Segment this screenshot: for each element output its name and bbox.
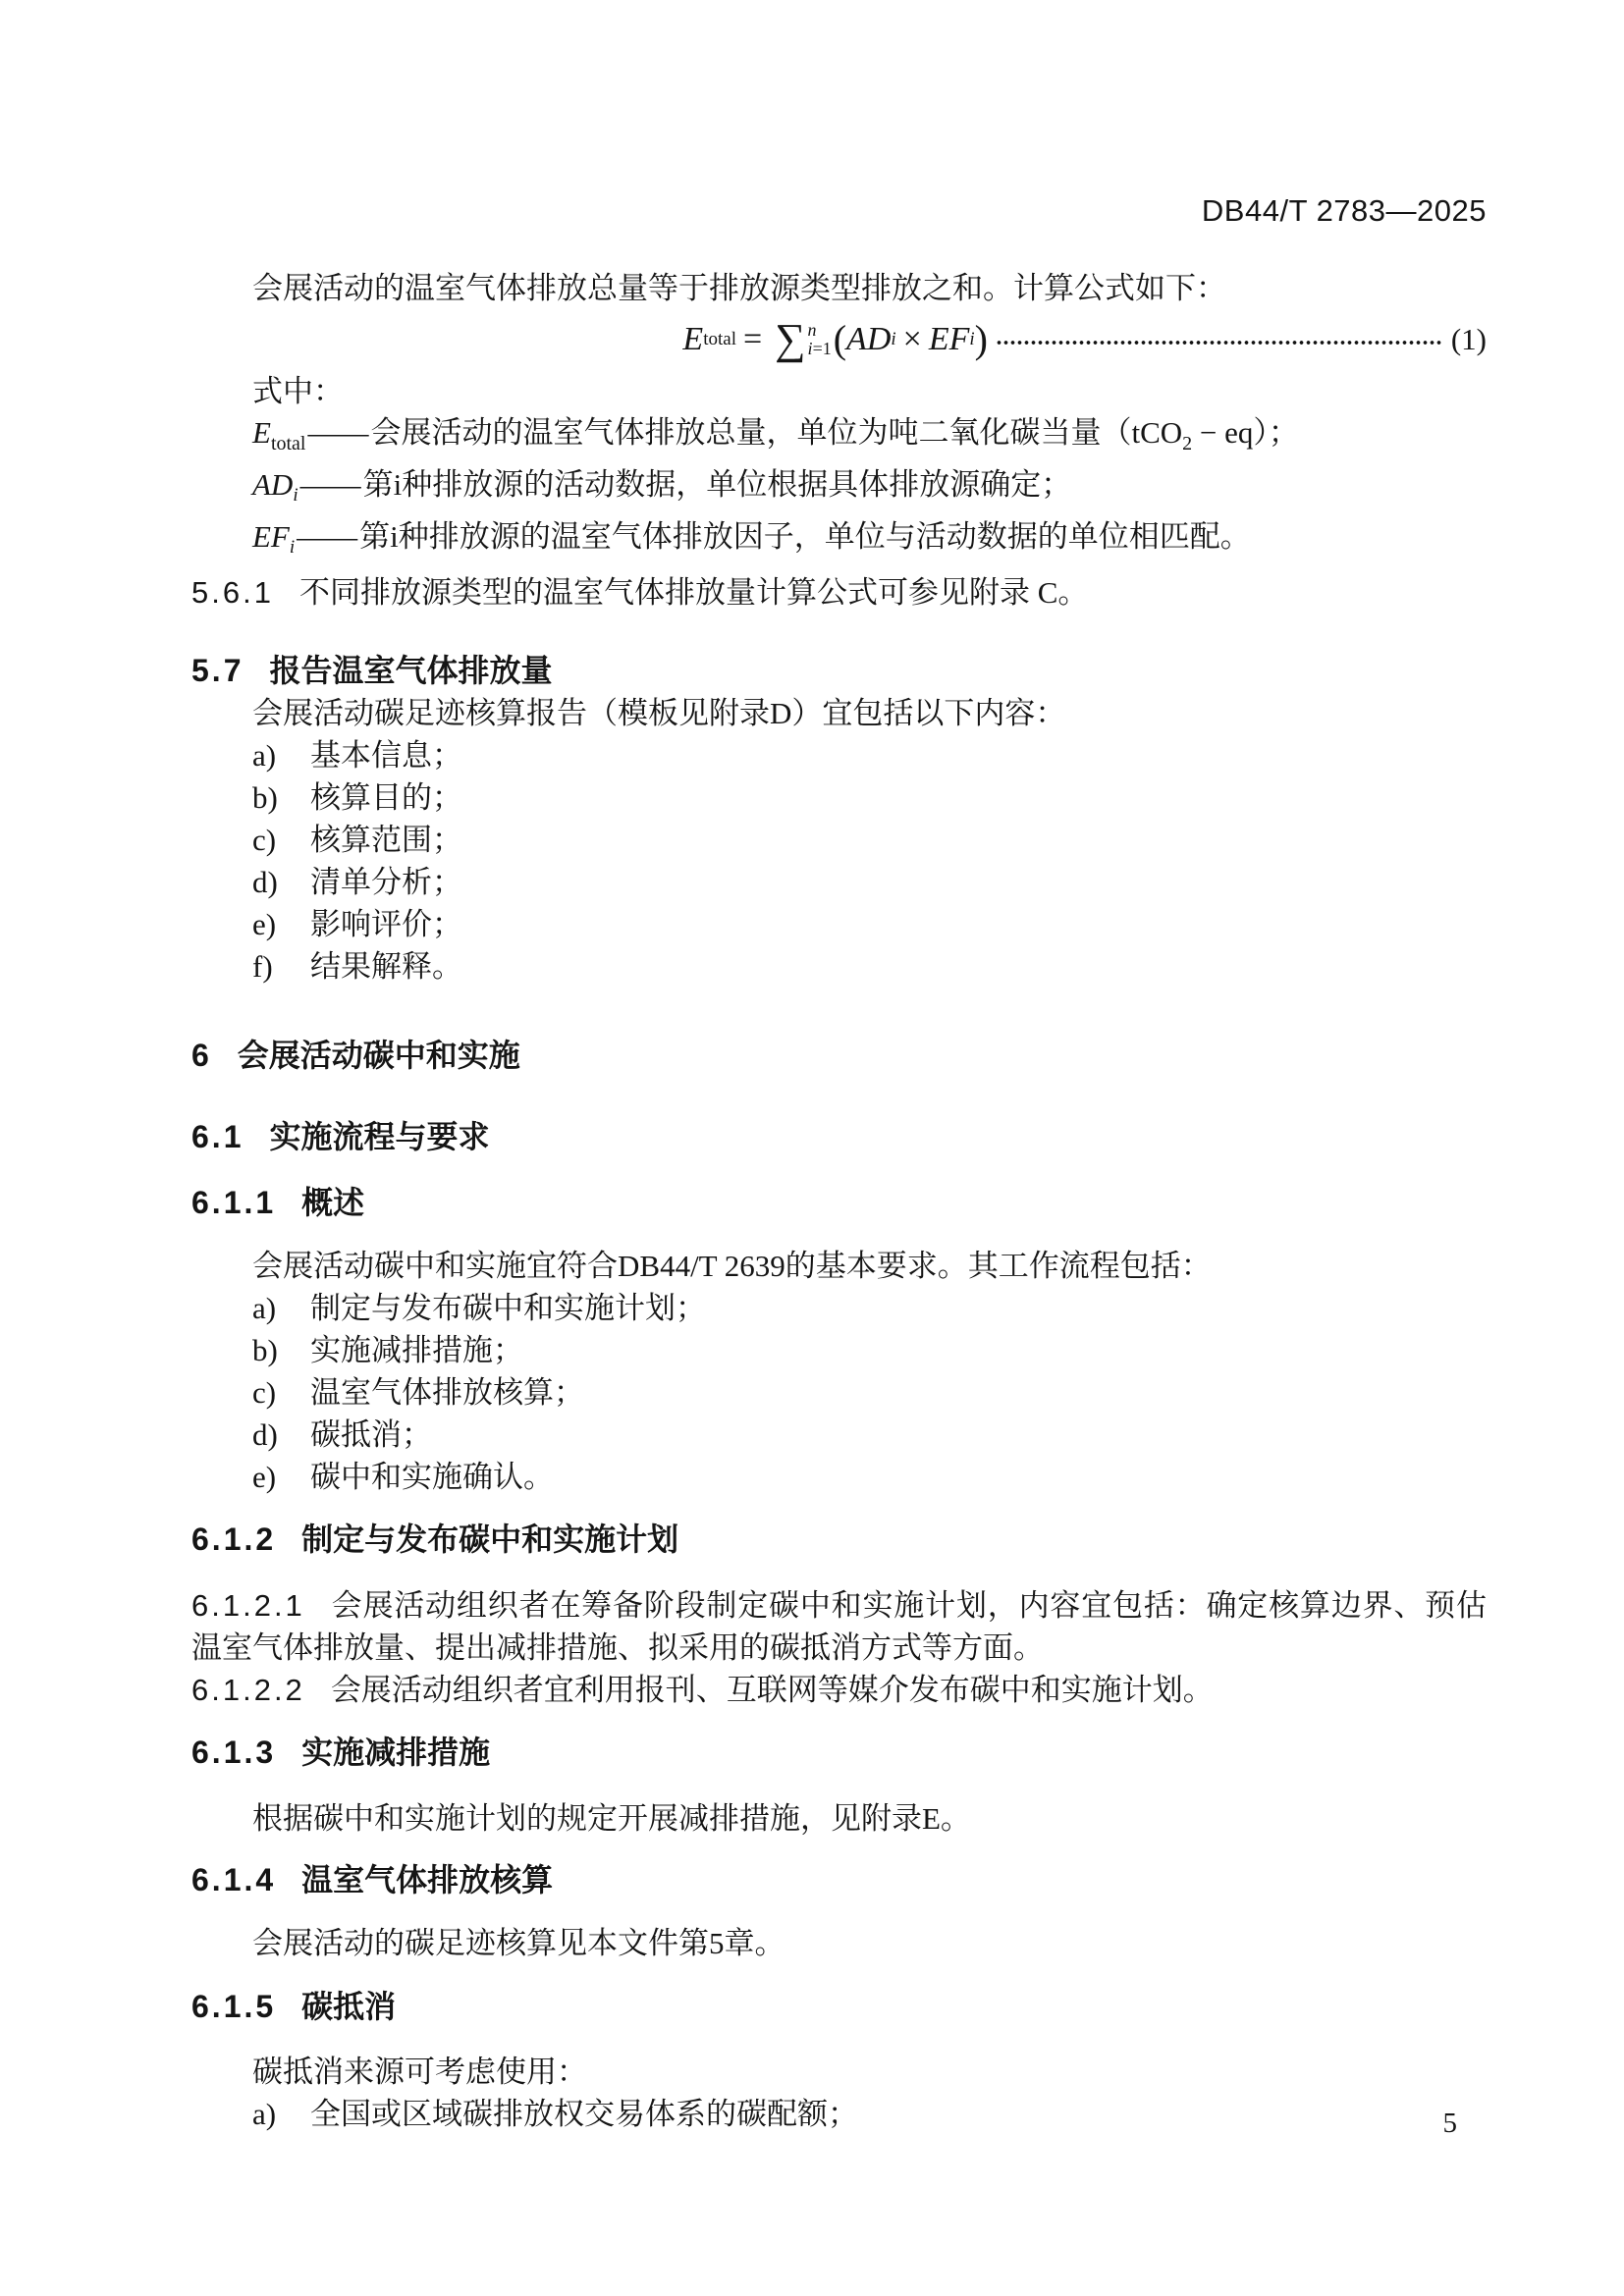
list-item-label: c) [252, 1371, 310, 1414]
page-number: 5 [1443, 2107, 1458, 2140]
clause-number: 5.6.1 [191, 575, 274, 610]
section-title: 概述 [301, 1185, 364, 1220]
section-number: 6 [191, 1038, 212, 1073]
equals-sign: = [736, 321, 769, 358]
def-var-subscript: total [271, 433, 306, 454]
clause-5-6-1: 5.6.1不同排放源类型的温室气体排放量计算公式可参见附录 C。 [191, 571, 1487, 614]
list-item: a)全国或区域碳排放权交易体系的碳配额； [191, 2093, 1487, 2135]
offset-lead-paragraph: 碳抵消来源可考虑使用： [191, 2051, 1487, 2093]
heading-6-1-4: 6.1.4温室气体排放核算 [191, 1858, 1487, 1901]
list-item: b)核算目的； [191, 776, 1487, 819]
list-item-text: 清单分析； [310, 865, 462, 899]
section-number: 6.1.1 [191, 1185, 276, 1220]
section-title: 实施流程与要求 [269, 1119, 489, 1154]
list-item-label: d) [252, 1414, 310, 1456]
list-item: a)基本信息； [191, 734, 1487, 776]
list-item-text: 核算范围； [310, 823, 462, 857]
times-sign: × [896, 321, 929, 358]
definition-dash: —— [305, 415, 370, 450]
definition-E-total: Etotal——会展活动的温室气体排放总量，单位为吨二氧化碳当量（tCO2 − … [191, 412, 1487, 464]
summation-limits: ni=1 [808, 321, 832, 358]
section-title: 碳抵消 [301, 1989, 396, 2024]
equation-number: (1) [1451, 322, 1487, 357]
var-E: E [682, 321, 703, 358]
section-title: 温室气体排放核算 [301, 1862, 553, 1897]
equation-1: Etotal=∑ni=1(ADi×EFi) [682, 318, 988, 361]
list-item-text: 碳抵消； [310, 1417, 432, 1452]
definition-text-end: − eq）； [1192, 415, 1299, 450]
equation-1-row: Etotal=∑ni=1(ADi×EFi) (1) [191, 309, 1487, 370]
list-item-label: c) [252, 819, 310, 861]
list-item-text: 影响评价； [310, 907, 462, 941]
clause-text: 不同排放源类型的温室气体排放量计算公式可参见附录 C。 [299, 575, 1088, 610]
list-item-text: 核算目的； [310, 780, 462, 815]
list-item-text: 实施减排措施； [310, 1333, 523, 1367]
clause-text: 会展活动组织者宜利用报刊、互联网等媒介发布碳中和实施计划。 [331, 1673, 1214, 1707]
intro-paragraph: 会展活动的温室气体排放总量等于排放源类型排放之和。计算公式如下： [191, 267, 1487, 309]
definition-text: 会展活动的温室气体排放总量，单位为吨二氧化碳当量（tCO [370, 415, 1182, 450]
reduction-paragraph: 根据碳中和实施计划的规定开展减排措施，见附录E。 [191, 1797, 1487, 1840]
dot-leader [996, 340, 1443, 346]
section-number: 6.1.3 [191, 1735, 276, 1770]
section-title: 报告温室气体排放量 [269, 653, 552, 688]
def-var-subscript: i [293, 485, 298, 506]
accounting-paragraph: 会展活动的碳足迹核算见本文件第5章。 [191, 1922, 1487, 1964]
standard-code-header: DB44/T 2783—2025 [191, 196, 1487, 226]
heading-6-1-2: 6.1.2制定与发布碳中和实施计划 [191, 1518, 1487, 1561]
list-item-label: a) [252, 1287, 310, 1329]
list-item-text: 全国或区域碳排放权交易体系的碳配额； [310, 2097, 858, 2131]
where-label: 式中： [191, 370, 1487, 412]
section-title: 制定与发布碳中和实施计划 [301, 1522, 678, 1557]
list-item-label: b) [252, 776, 310, 819]
clause-number: 6.1.2.2 [191, 1673, 305, 1707]
list-item: e)碳中和实施确认。 [191, 1456, 1487, 1498]
summation-lower-limit: i=1 [808, 340, 832, 358]
clause-6-1-2-2: 6.1.2.2会展活动组织者宜利用报刊、互联网等媒介发布碳中和实施计划。 [191, 1669, 1487, 1711]
heading-6: 6会展活动碳中和实施 [191, 1034, 1487, 1077]
heading-6-1-1: 6.1.1概述 [191, 1181, 1487, 1224]
definition-dash: —— [298, 467, 363, 502]
var-AD: AD [846, 321, 891, 358]
open-paren: ( [834, 320, 846, 359]
def-var: E [252, 415, 271, 450]
section-number: 6.1 [191, 1119, 244, 1154]
co2-subscript: 2 [1182, 433, 1192, 454]
list-item-label: f) [252, 945, 310, 988]
var-E-subscript: total [703, 329, 736, 350]
list-item: f)结果解释。 [191, 945, 1487, 988]
list-item-label: e) [252, 1456, 310, 1498]
list-item-text: 碳中和实施确认。 [310, 1460, 554, 1494]
clause-6-1-2-1: 6.1.2.1会展活动组织者在筹备阶段制定碳中和实施计划，内容宜包括：确定核算边… [191, 1584, 1487, 1669]
definition-AD: ADi——第i种排放源的活动数据，单位根据具体排放源确定； [191, 464, 1487, 516]
def-var: EF [252, 519, 290, 554]
list-item: d)清单分析； [191, 861, 1487, 903]
section-number: 5.7 [191, 653, 244, 688]
list-item-label: a) [252, 734, 310, 776]
list-item: c)核算范围； [191, 819, 1487, 861]
list-item-label: e) [252, 903, 310, 945]
definition-dash: —— [295, 519, 359, 554]
section-number: 6.1.4 [191, 1862, 276, 1897]
definition-text: 第i种排放源的活动数据，单位根据具体排放源确定； [363, 467, 1072, 502]
list-item-label: a) [252, 2093, 310, 2135]
def-var: AD [252, 467, 293, 502]
list-item-text: 结果解释。 [310, 949, 462, 984]
list-item: b)实施减排措施； [191, 1329, 1487, 1371]
heading-6-1-3: 6.1.3实施减排措施 [191, 1731, 1487, 1774]
heading-6-1-5: 6.1.5碳抵消 [191, 1985, 1487, 2028]
section-title: 实施减排措施 [301, 1735, 490, 1770]
section-number: 6.1.5 [191, 1989, 276, 2024]
list-item: c)温室气体排放核算； [191, 1371, 1487, 1414]
list-item-label: d) [252, 861, 310, 903]
list-item: a)制定与发布碳中和实施计划； [191, 1287, 1487, 1329]
definition-text: 第i种排放源的温室气体排放因子，单位与活动数据的单位相匹配。 [359, 519, 1251, 554]
summation-symbol: ∑ni=1 [775, 318, 832, 361]
var-EF: EF [929, 321, 970, 358]
close-paren: ) [975, 320, 988, 359]
report-lead-paragraph: 会展活动碳足迹核算报告（模板见附录D）宜包括以下内容： [191, 692, 1487, 734]
overview-lead-paragraph: 会展活动碳中和实施宜符合DB44/T 2639的基本要求。其工作流程包括： [191, 1245, 1487, 1287]
list-item-text: 基本信息； [310, 738, 462, 773]
list-item-text: 温室气体排放核算； [310, 1375, 584, 1410]
heading-6-1: 6.1实施流程与要求 [191, 1115, 1487, 1158]
clause-number: 6.1.2.1 [191, 1588, 305, 1623]
list-item: e)影响评价； [191, 903, 1487, 945]
document-page: DB44/T 2783—2025 会展活动的温室气体排放总量等于排放源类型排放之… [0, 0, 1624, 2296]
heading-5-7: 5.7报告温室气体排放量 [191, 649, 1487, 692]
definition-EF: EFi——第i种排放源的温室气体排放因子，单位与活动数据的单位相匹配。 [191, 516, 1487, 568]
section-number: 6.1.2 [191, 1522, 276, 1557]
clause-text: 会展活动组织者在筹备阶段制定碳中和实施计划，内容宜包括：确定核算边界、预估温室气… [191, 1588, 1487, 1665]
list-item: d)碳抵消； [191, 1414, 1487, 1456]
list-item-label: b) [252, 1329, 310, 1371]
section-title: 会展活动碳中和实施 [238, 1038, 520, 1073]
summation-upper-limit: n [808, 321, 817, 340]
list-item-text: 制定与发布碳中和实施计划； [310, 1291, 706, 1325]
